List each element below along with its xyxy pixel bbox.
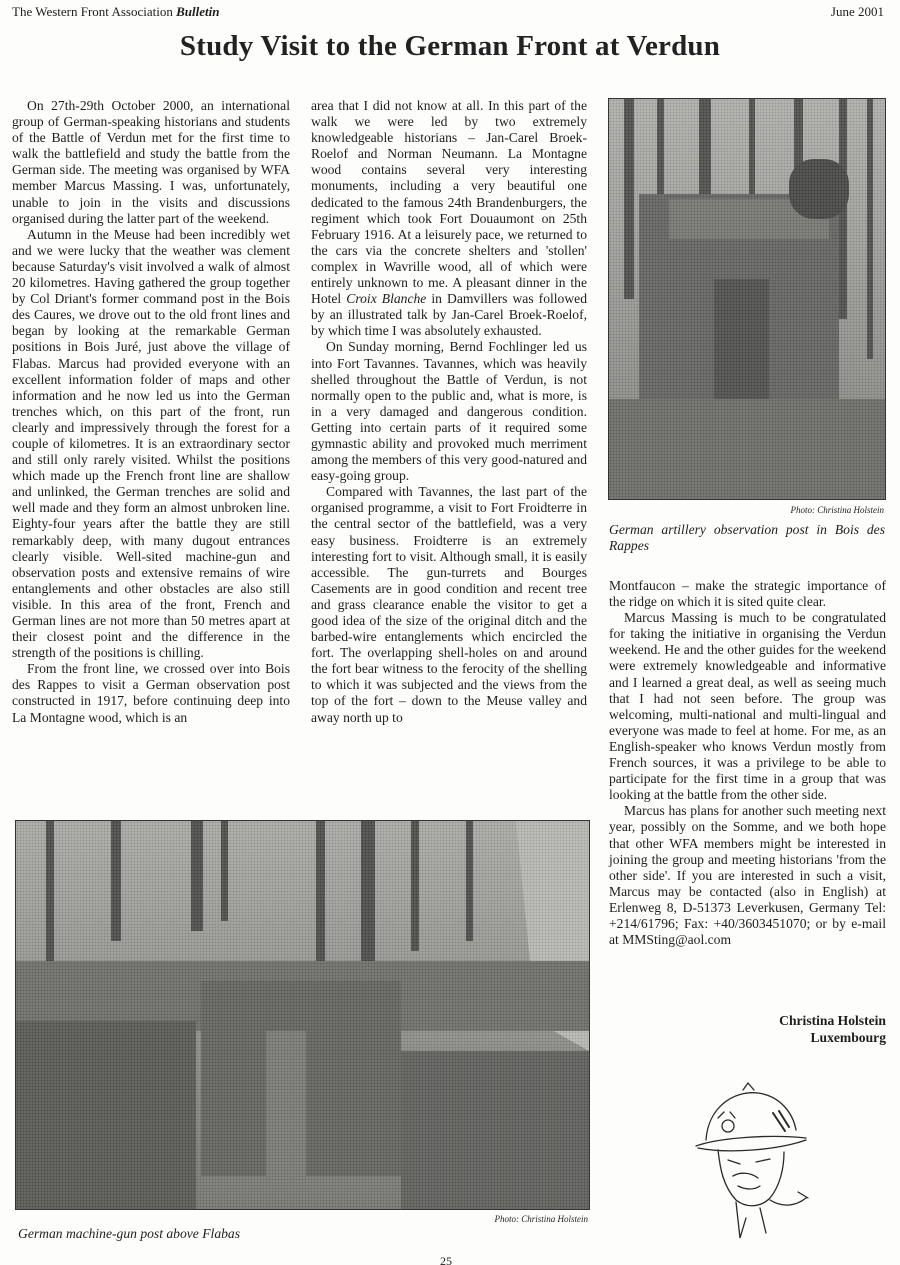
photo-credit: Photo: Christina Holstein	[608, 505, 884, 515]
paragraph: Marcus has plans for another such meetin…	[609, 803, 886, 948]
photo-observation-post	[608, 98, 886, 500]
issue-date: June 2001	[831, 4, 884, 20]
forest-bunker-photo-icon	[16, 821, 589, 1209]
article-column-2: area that I did not know at all. In this…	[311, 98, 587, 726]
figure-caption: German machine-gun post above Flabas	[18, 1226, 518, 1242]
page-number: 25	[440, 1254, 452, 1265]
paragraph: Marcus Massing is much to be congratulat…	[609, 610, 886, 803]
paragraph: On 27th-29th October 2000, an internatio…	[12, 98, 290, 227]
author-name: Christina Holstein	[779, 1012, 886, 1029]
soldier-sketch-illustration	[688, 1068, 818, 1243]
paragraph-text: area that I did not know at all. In this…	[311, 98, 587, 306]
hotel-name: Croix Blanche	[346, 291, 426, 306]
paragraph: area that I did not know at all. In this…	[311, 98, 587, 339]
article-column-1: On 27th-29th October 2000, an internatio…	[12, 98, 290, 726]
article-column-3: Montfaucon – make the strategic importan…	[609, 578, 886, 948]
photo-credit: Photo: Christina Holstein	[15, 1214, 588, 1224]
publication-name-italic: Bulletin	[176, 4, 219, 19]
running-header: The Western Front Association Bulletin	[12, 4, 219, 20]
helmeted-soldier-icon	[688, 1068, 818, 1243]
paragraph: From the front line, we crossed over int…	[12, 661, 290, 725]
paragraph: Montfaucon – make the strategic importan…	[609, 578, 886, 610]
paragraph: Autumn in the Meuse had been incredibly …	[12, 227, 290, 662]
author-signature: Christina Holstein Luxembourg	[779, 1012, 886, 1046]
paragraph: Compared with Tavannes, the last part of…	[311, 484, 587, 725]
forest-bunker-photo-icon	[609, 99, 885, 499]
article-title: Study Visit to the German Front at Verdu…	[0, 30, 900, 63]
author-location: Luxembourg	[779, 1029, 886, 1046]
photo-machine-gun-post	[15, 820, 590, 1210]
publication-name: The Western Front Association	[12, 4, 173, 19]
paragraph: On Sunday morning, Bernd Fochlinger led …	[311, 339, 587, 484]
figure-caption: German artillery observation post in Boi…	[609, 522, 885, 554]
